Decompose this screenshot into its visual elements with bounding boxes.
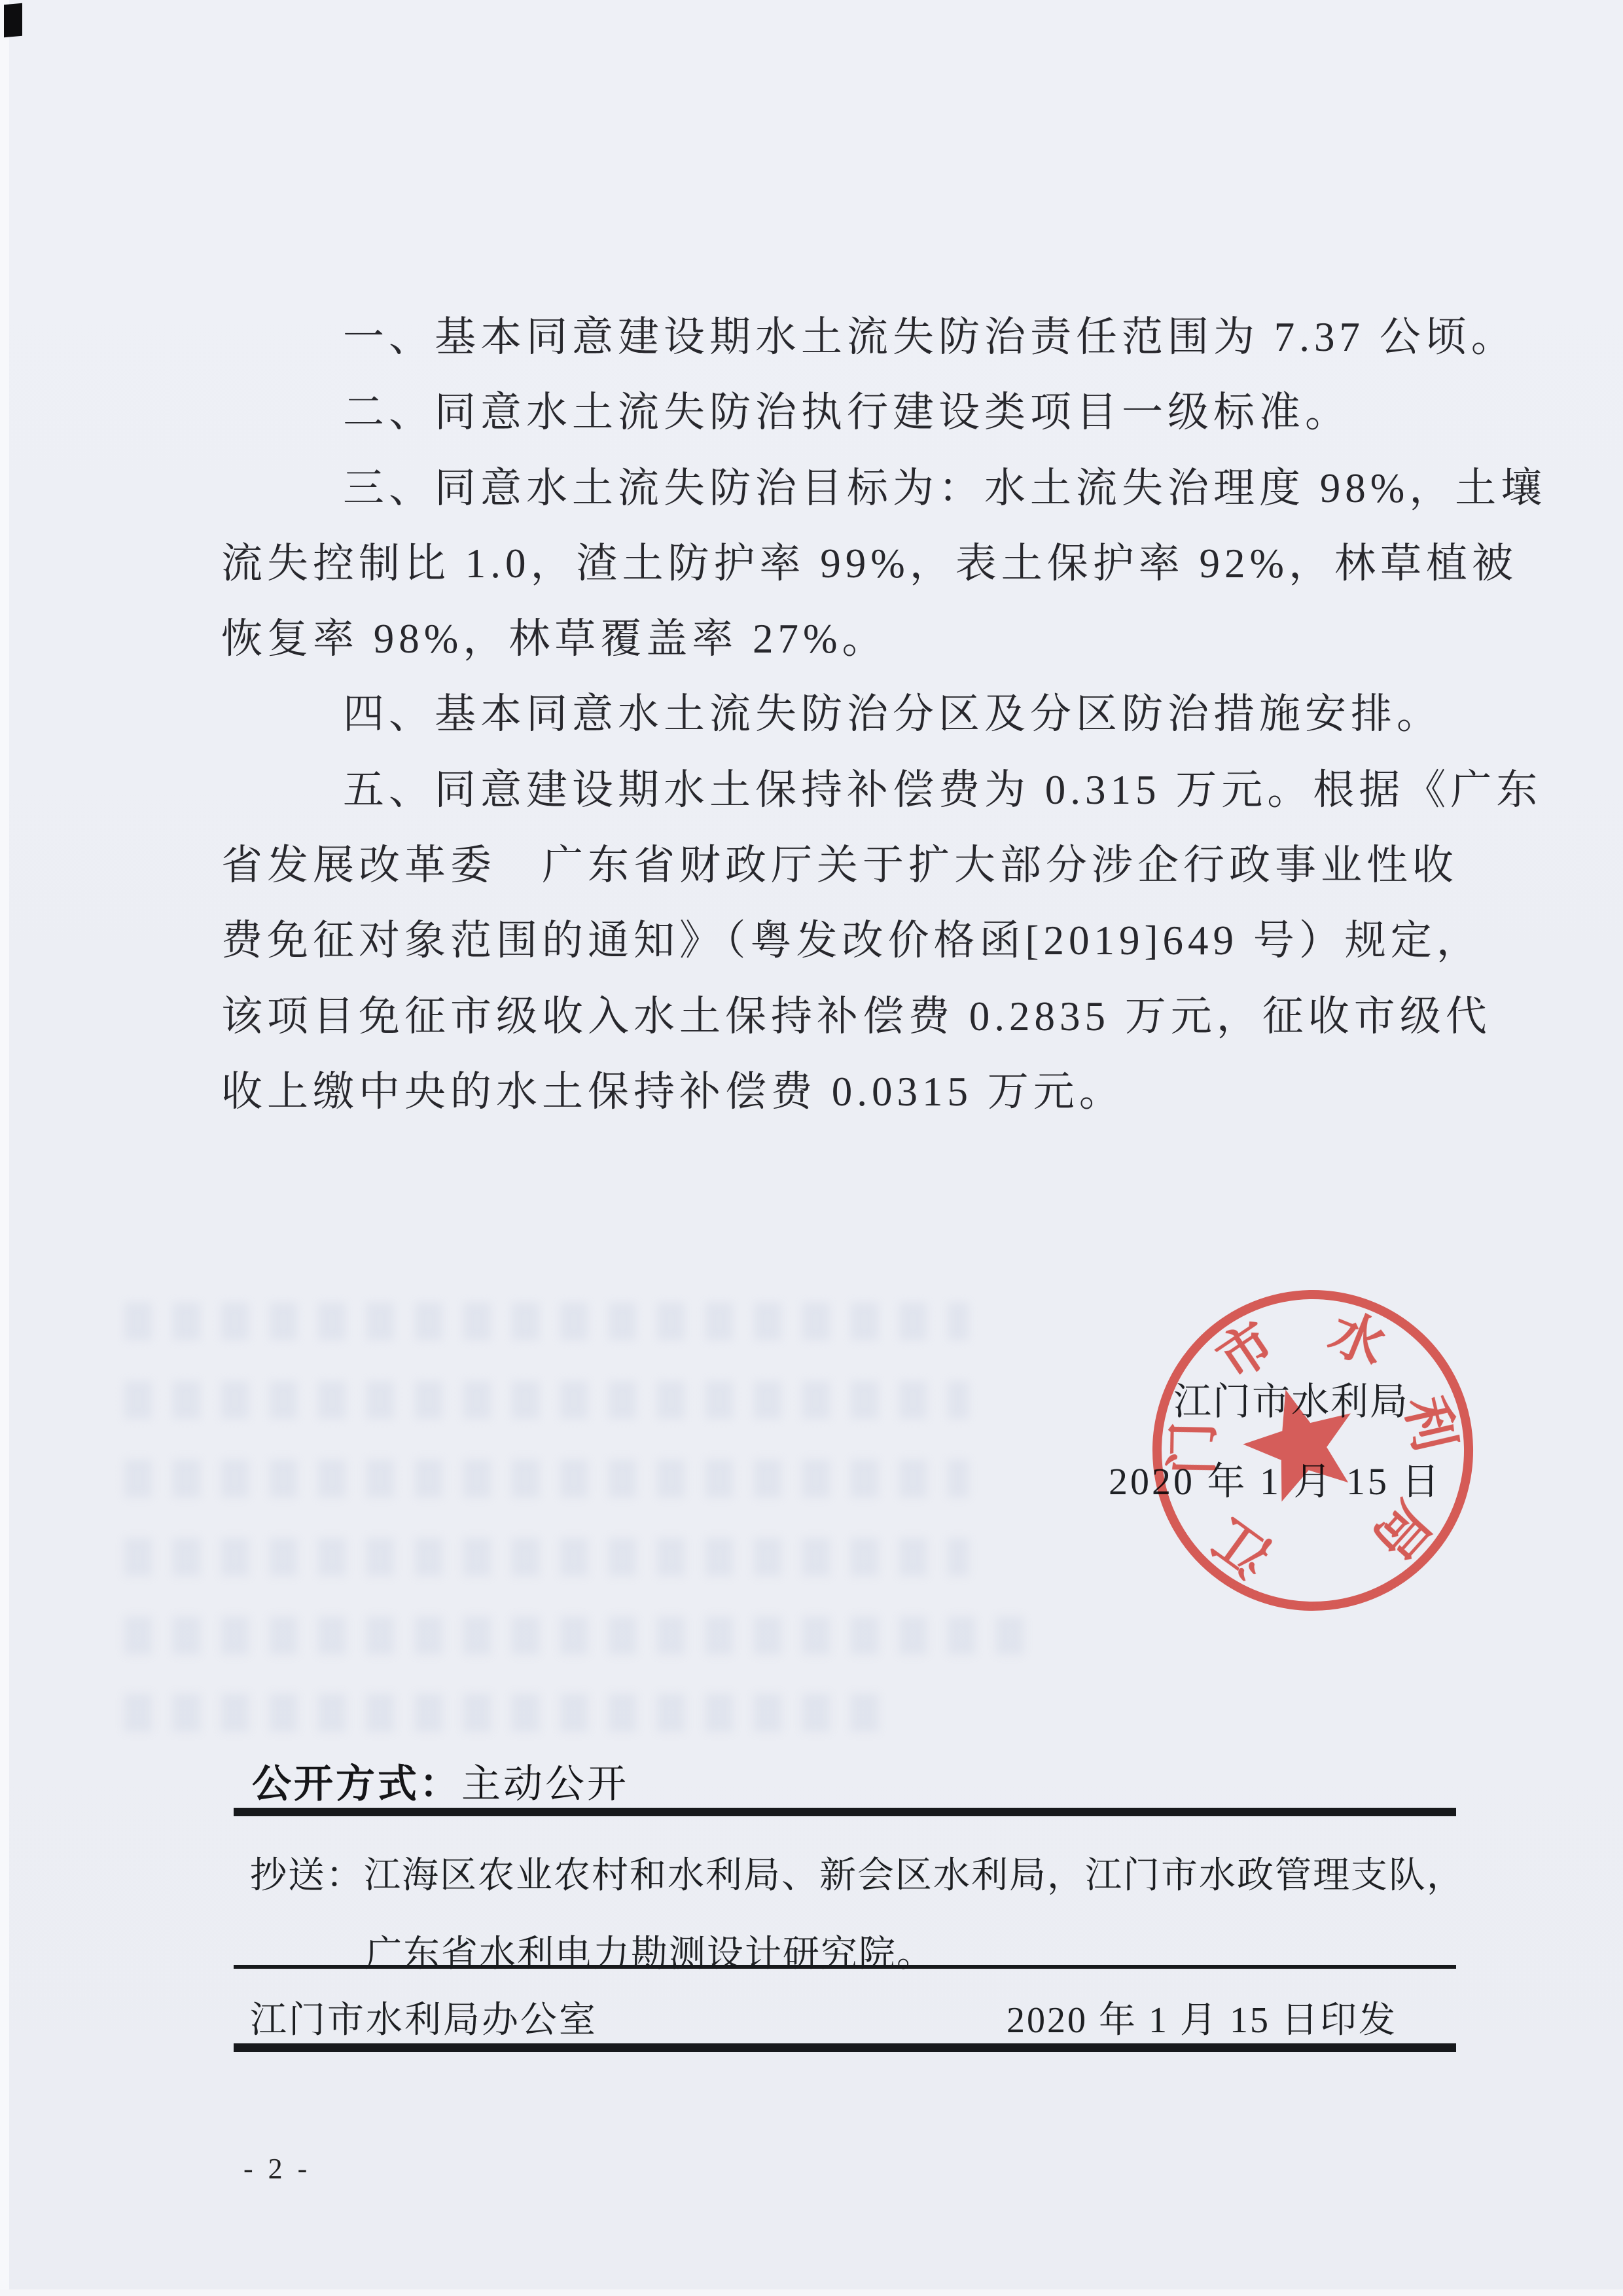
divider-thick-top [234,1808,1456,1816]
issuing-office: 江门市水利局办公室 [250,1991,597,2043]
divider-thick-bottom [234,2043,1456,2052]
body-line: 收上缴中央的水土保持补偿费 0.0315 万元。 [221,1054,1409,1130]
document-page: 一、基本同意建设期水土流失防治责任范围为 7.37 公顷。二、同意水土流失防治执… [0,0,1623,2296]
disclosure-value: 主动公开 [461,1763,629,1806]
cc-line-1: 抄送：江海区农业农村和水利局、新会区水利局，江门市水政管理支队， [250,1837,1465,1915]
seal-graphic: 江门市水利局 [1143,1280,1483,1621]
body-line: 四、基本同意水土流失防治分区及分区防治措施安排。 [221,677,1409,752]
bleed-through-band [124,1694,897,1732]
bleed-through-band [124,1381,969,1419]
body-line: 一、基本同意建设期水土流失防治责任范围为 7.37 公顷。 [221,300,1409,375]
scan-edge-bottom [0,2289,1623,2296]
disclosure-label: 公开方式： [252,1763,461,1806]
body-line: 二、同意水土流失防治执行建设类项目一级标准。 [221,375,1409,450]
seal-character: 门 [1163,1421,1223,1476]
official-seal: 江门市水利局 [1143,1280,1483,1621]
body-text: 一、基本同意建设期水土流失防治责任范围为 7.37 公顷。二、同意水土流失防治执… [221,300,1409,1130]
body-line: 该项目免征市级收入水土保持补偿费 0.2835 万元，征收市级代 [221,979,1409,1054]
body-line: 省发展改革委 广东省财政厅关于扩大部分涉企行政事业性收 [221,828,1409,903]
body-line: 五、同意建设期水土保持补偿费为 0.315 万元。根据《广东 [221,753,1409,828]
disclosure-row: 公开方式：主动公开 [252,1753,629,1809]
bleed-through-band [124,1617,1041,1655]
cc-line-2: 广东省水利电力勘测设计研究院。 [250,1915,1465,1994]
seal-character: 利 [1394,1391,1464,1456]
bleed-through-band [124,1538,969,1576]
seal-star-icon [1232,1374,1368,1508]
divider-thin [234,1965,1456,1969]
body-line: 三、同意水土流失防治目标为：水土流失治理度 98%，土壤 [221,451,1409,526]
scan-edge-left [0,0,9,2296]
cc-block: 抄送：江海区农业农村和水利局、新会区水利局，江门市水政管理支队， 广东省水利电力… [250,1837,1465,1994]
body-line: 恢复率 98%，林草覆盖率 27%。 [221,601,1409,677]
body-line: 流失控制比 1.0，渣土防护率 99%，表土保护率 92%，林草植被 [221,526,1409,601]
body-line: 费免征对象范围的通知》（粤发改价格函[2019]649 号）规定， [221,903,1409,978]
scan-corner-artifact [4,3,22,37]
page-number: - 2 - [243,2152,311,2185]
bleed-through-band [124,1460,969,1498]
print-date: 2020 年 1 月 15 日印发 [1007,1991,1397,2043]
bleed-through-band [124,1302,969,1340]
